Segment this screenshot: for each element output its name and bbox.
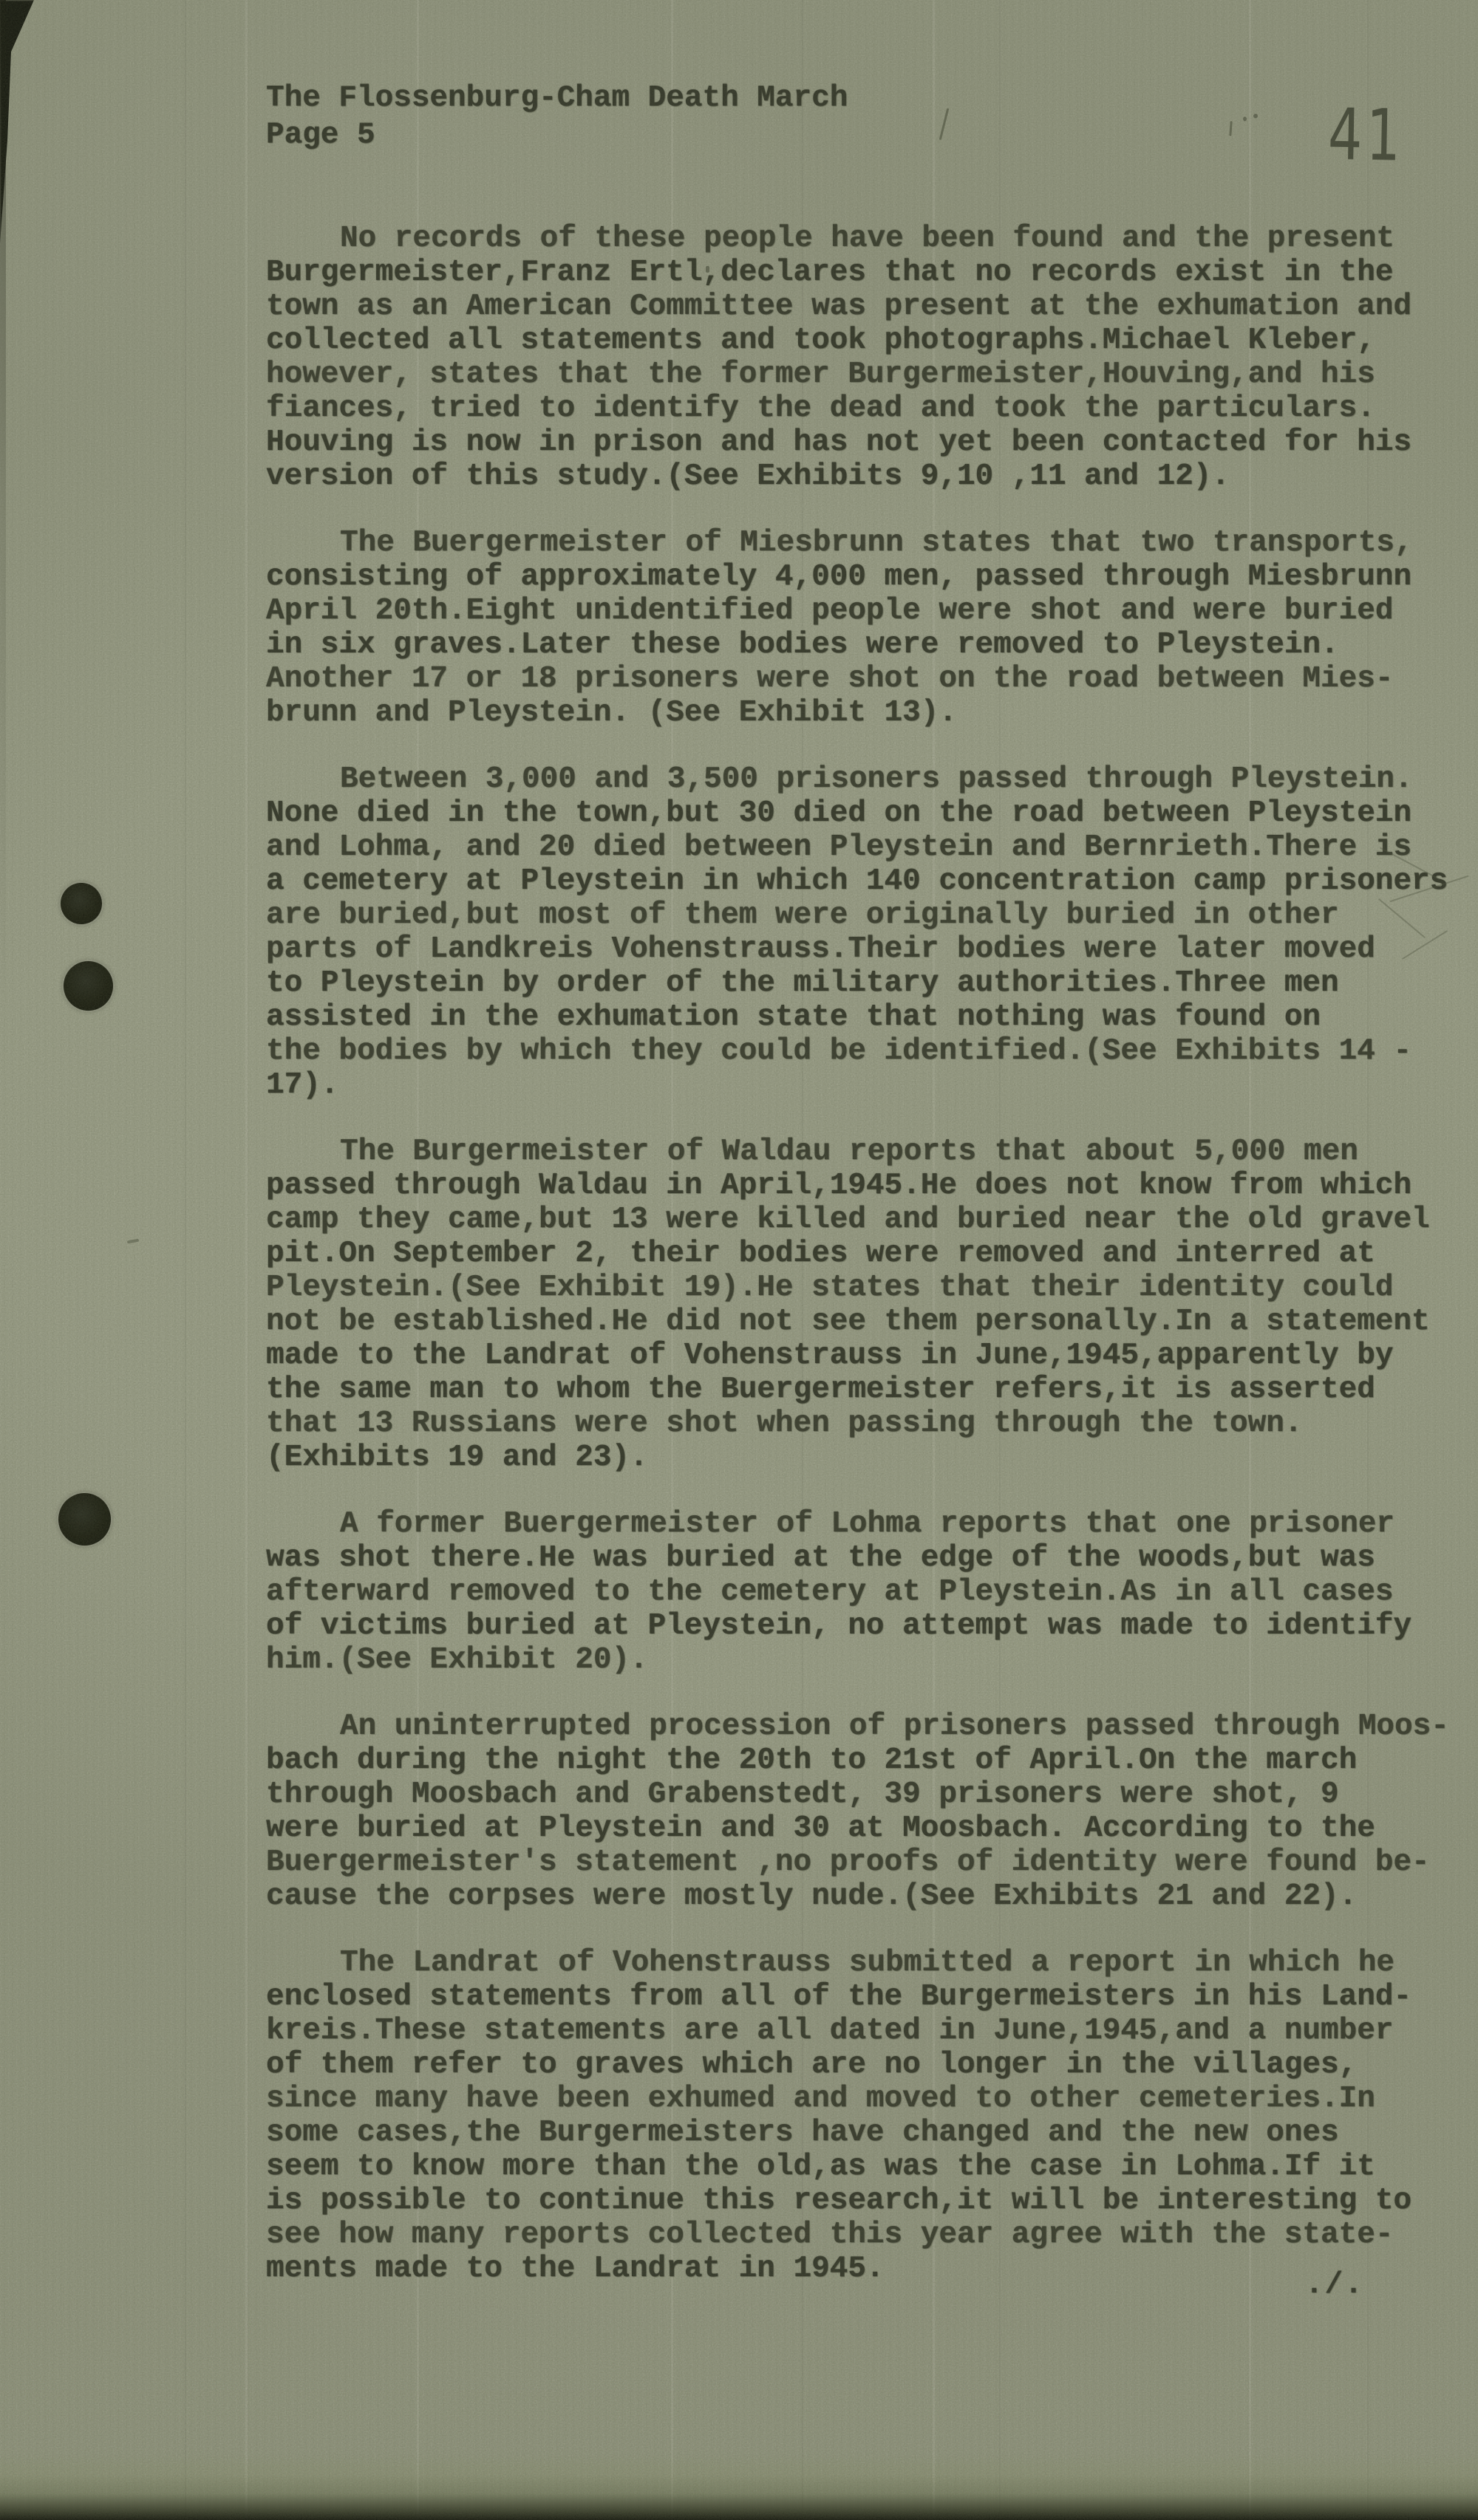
text-line: a cemetery at Pleystein in which 140 con… (266, 864, 1448, 898)
paragraph: No records of these people have been fou… (266, 222, 1471, 494)
text-line: bach during the night the 20th to 21st o… (266, 1744, 1357, 1778)
paragraph: The Landrat of Vohenstrauss submitted a … (266, 1946, 1471, 2286)
text-line: through Moosbach and Grabenstedt, 39 pri… (266, 1778, 1339, 1812)
document-title: The Flossenburg-Cham Death March (266, 80, 848, 117)
text-line: assisted in the exhumation state that no… (266, 1000, 1321, 1034)
text-line: consisting of approximately 4,000 men, p… (266, 560, 1411, 594)
text-line: passed through Waldau in April,1945.He d… (266, 1169, 1411, 1203)
scan-streak (245, 0, 248, 2520)
text-line: Another 17 or 18 prisoners were shot on … (266, 662, 1393, 696)
text-line: ments made to the Landrat in 1945. (266, 2252, 885, 2286)
document-header: The Flossenburg-Cham Death March Page 5 (266, 80, 848, 154)
text-line: the bodies by which they could be identi… (266, 1034, 1411, 1068)
text-line: the same man to whom the Buergermeister … (266, 1373, 1375, 1407)
text-line: Buergermeister's statement ,no proofs of… (266, 1845, 1430, 1879)
text-line: to Pleystein by order of the military au… (266, 966, 1339, 1000)
text-line: 17). (266, 1068, 338, 1102)
text-line: are buried,but most of them were origina… (266, 898, 1339, 932)
text-line: in six graves.Later these bodies were re… (266, 628, 1339, 662)
text-line: afterward removed to the cemetery at Ple… (266, 1575, 1393, 1609)
text-line: not be established.He did not see them p… (266, 1305, 1430, 1339)
hole-punch (64, 961, 113, 1011)
text-line: however, states that the former Burgerme… (266, 358, 1375, 392)
text-line: The Burgermeister of Waldau reports that… (266, 1135, 1358, 1169)
text-line: kreis.These statements are all dated in … (266, 2014, 1393, 2048)
text-line: is possible to continue this research,it… (266, 2184, 1411, 2218)
text-line: version of this study.(See Exhibits 9,10… (266, 460, 1230, 494)
scan-edge-shadow (0, 0, 47, 251)
pencil-dot (1243, 117, 1247, 121)
scan-streak (185, 0, 186, 2520)
pencil-mark (127, 1239, 139, 1244)
text-line: were buried at Pleystein and 30 at Moosb… (266, 1812, 1375, 1845)
paragraph: The Burgermeister of Waldau reports that… (266, 1135, 1471, 1475)
pencil-mark (1229, 121, 1232, 136)
handwritten-page-number: 41 (1327, 93, 1405, 177)
text-line: A former Buergermeister of Lohma reports… (266, 1507, 1394, 1541)
text-line: see how many reports collected this year… (266, 2218, 1393, 2252)
hole-punch (61, 883, 102, 924)
text-line: (Exhibits 19 and 23). (266, 1441, 648, 1475)
text-line: cause the corpses were mostly nude.(See … (266, 1879, 1357, 1913)
text-line: brunn and Pleystein. (See Exhibit 13). (266, 696, 957, 730)
pencil-dot (1253, 114, 1258, 118)
text-line: seem to know more than the old,as was th… (266, 2150, 1375, 2184)
text-line: that 13 Russians were shot when passing … (266, 1407, 1302, 1441)
page-label: Page 5 (266, 117, 848, 154)
text-line: some cases,the Burgermeisters have chang… (266, 2116, 1339, 2150)
scan-edge-shadow (0, 0, 6, 1182)
text-line: collected all statements and took photog… (266, 324, 1375, 358)
hole-punch (58, 1493, 111, 1546)
text-line: Between 3,000 and 3,500 prisoners passed… (266, 762, 1413, 796)
text-line: pit.On September 2, their bodies were re… (266, 1237, 1375, 1271)
text-line: fiances, tried to identify the dead and … (266, 392, 1375, 426)
pencil-mark (939, 108, 950, 140)
document-body: No records of these people have been fou… (266, 222, 1471, 2318)
text-line: was shot there.He was buried at the edge… (266, 1541, 1375, 1575)
scan-edge-shadow (0, 2454, 1478, 2520)
text-line: Houving is now in prison and has not yet… (266, 426, 1411, 460)
text-line: Pleystein.(See Exhibit 19).He states tha… (266, 1271, 1393, 1305)
text-line: town as an American Committee was presen… (266, 290, 1411, 324)
text-line: parts of Landkreis Vohenstrauss.Their bo… (266, 932, 1375, 966)
paragraph: An uninterrupted procession of prisoners… (266, 1710, 1471, 1913)
text-line: of victims buried at Pleystein, no attem… (266, 1609, 1411, 1643)
text-line: of them refer to graves which are no lon… (266, 2048, 1357, 2082)
text-line: camp they came,but 13 were killed and bu… (266, 1203, 1430, 1237)
paragraph: A former Buergermeister of Lohma reports… (266, 1507, 1471, 1677)
text-line: him.(See Exhibit 20). (266, 1643, 648, 1677)
text-line: The Buergermeister of Miesbrunn states t… (266, 526, 1413, 560)
text-line: An uninterrupted procession of prisoners… (266, 1710, 1449, 1744)
paragraph: Between 3,000 and 3,500 prisoners passed… (266, 762, 1471, 1102)
text-line: April 20th.Eight unidentified people wer… (266, 594, 1393, 628)
text-line: The Landrat of Vohenstrauss submitted a … (266, 1946, 1394, 1980)
text-line: and Lohma, and 20 died between Pleystein… (266, 830, 1411, 864)
scanned-document-page: The Flossenburg-Cham Death March Page 5 … (0, 0, 1478, 2520)
text-line: since many have been exhumed and moved t… (266, 2082, 1375, 2116)
text-line: made to the Landrat of Vohenstrauss in J… (266, 1339, 1393, 1373)
paragraph: The Buergermeister of Miesbrunn states t… (266, 526, 1471, 730)
text-line: None died in the town,but 30 died on the… (266, 796, 1411, 830)
text-line: Burgermeister,Franz Ertl,declares that n… (266, 256, 1393, 290)
continuation-mark: ./. (1305, 2270, 1364, 2301)
text-line: No records of these people have been fou… (266, 222, 1394, 256)
text-line: enclosed statements from all of the Burg… (266, 1980, 1411, 2014)
